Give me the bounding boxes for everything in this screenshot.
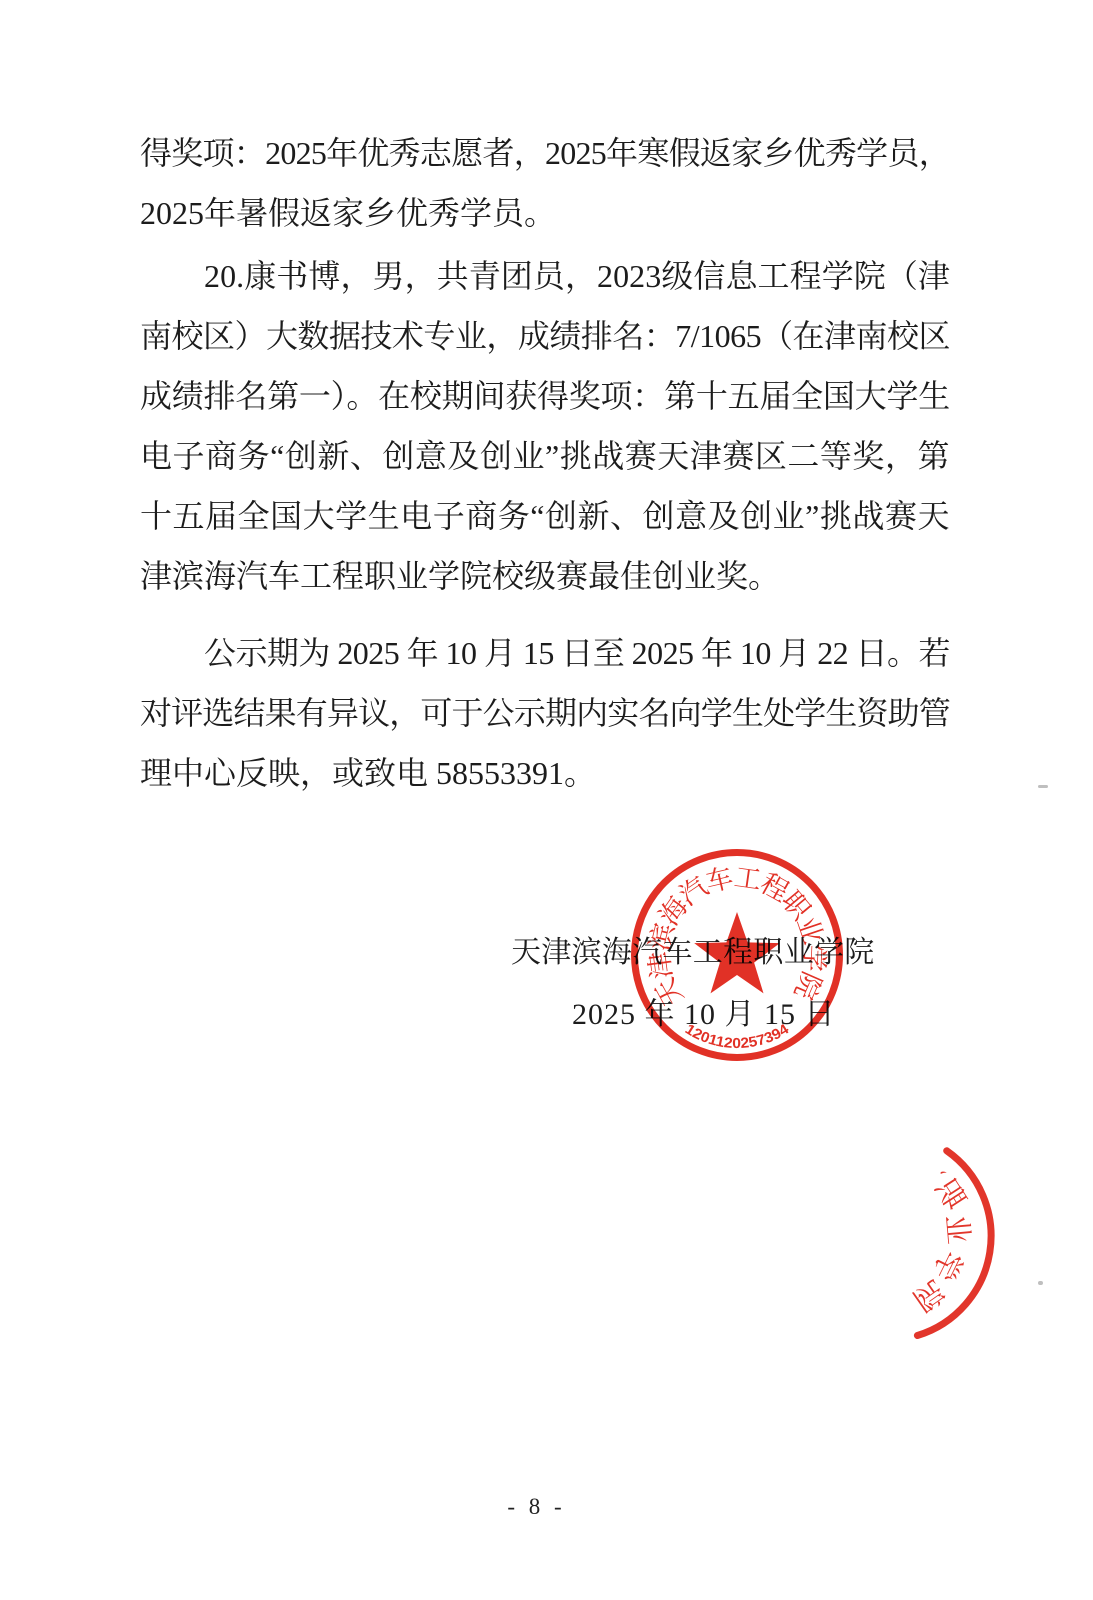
- text-line: 成绩排名第一）。在校期间获得奖项：第十五届全国大学生: [140, 366, 950, 426]
- text-line: 得奖项：2025年优秀志愿者，2025年寒假返家乡优秀学员，: [140, 123, 950, 183]
- text-line: 津滨海汽车工程职业学院校级赛最佳创业奖。: [140, 546, 950, 606]
- announcement-body: 得奖项：2025年优秀志愿者，2025年寒假返家乡优秀学员，2025年暑假返家乡…: [140, 123, 950, 803]
- text-line: 对评选结果有异议，可于公示期内实名向学生处学生资助管: [140, 683, 950, 743]
- text-line: 公示期为 2025 年 10 月 15 日至 2025 年 10 月 22 日。…: [140, 623, 950, 683]
- partial-seal-transfer: 、 职 业 学 院: [780, 1125, 1000, 1345]
- text-line: 2025年暑假返家乡优秀学员。: [140, 183, 950, 243]
- text-line-content: 成绩排名第一）。在校期间获得奖项：第十五届全国大学生: [140, 366, 950, 426]
- ink-smudge: [1038, 785, 1048, 788]
- text-line-content: 理中心反映，或致电 58553391。: [140, 743, 596, 803]
- text-line-content: 2025年暑假返家乡优秀学员。: [140, 183, 556, 243]
- text-line: 理中心反映，或致电 58553391。: [140, 743, 950, 803]
- red-star-icon: [694, 912, 780, 993]
- document-page: 得奖项：2025年优秀志愿者，2025年寒假返家乡优秀学员，2025年暑假返家乡…: [0, 0, 1093, 1600]
- text-line: 南校区）大数据技术专业，成绩排名：7/1065（在津南校区: [140, 306, 950, 366]
- text-line-content: 十五届全国大学生电子商务“创新、创意及创业”挑战赛天: [140, 486, 950, 546]
- text-line-content: 对评选结果有异议，可于公示期内实名向学生处学生资助管: [140, 683, 950, 743]
- text-line-content: 电子商务“创新、创意及创业”挑战赛天津赛区二等奖，第: [140, 426, 950, 486]
- text-line-content: 公示期为 2025 年 10 月 15 日至 2025 年 10 月 22 日。…: [204, 623, 950, 683]
- page-number: - 8 -: [0, 1494, 1073, 1520]
- text-line: 20.康书博，男，共青团员，2023级信息工程学院（津: [140, 246, 950, 306]
- ink-smudge: [1038, 1281, 1043, 1285]
- text-line: 电子商务“创新、创意及创业”挑战赛天津赛区二等奖，第: [140, 426, 950, 486]
- text-line-content: 南校区）大数据技术专业，成绩排名：7/1065（在津南校区: [140, 306, 950, 366]
- partial-seal-char: 业: [939, 1214, 974, 1246]
- official-seal: 天津滨海汽车工程职业学院 1201120257394: [627, 845, 847, 1065]
- partial-seal-char: 职: [928, 1173, 971, 1216]
- text-line-content: 津滨海汽车工程职业学院校级赛最佳创业奖。: [140, 546, 780, 606]
- text-line: 十五届全国大学生电子商务“创新、创意及创业”挑战赛天: [140, 486, 950, 546]
- text-line-content: 20.康书博，男，共青团员，2023级信息工程学院（津: [204, 246, 950, 306]
- text-line-content: 得奖项：2025年优秀志愿者，2025年寒假返家乡优秀学员，: [140, 123, 950, 183]
